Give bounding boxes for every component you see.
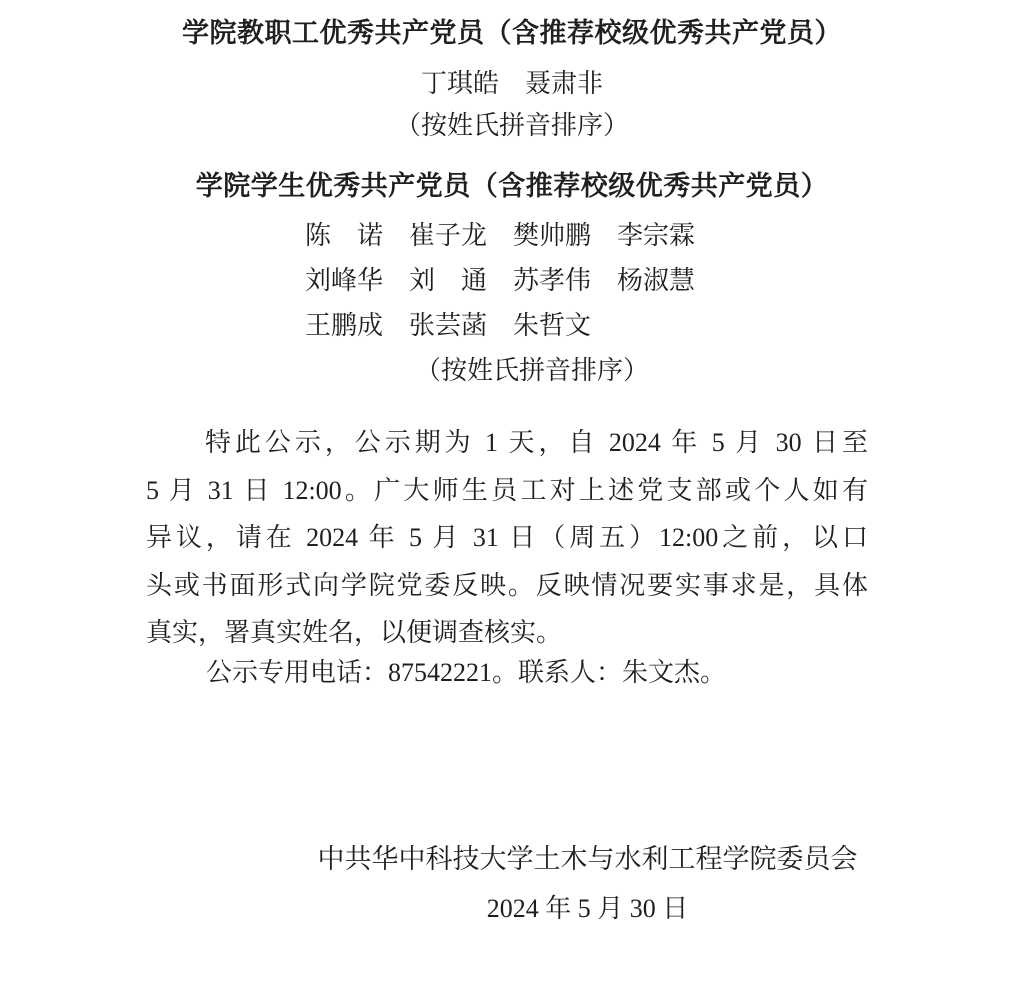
student-names-row-2: 刘峰华 刘 通 苏孝伟 杨淑慧 — [305, 263, 695, 299]
student-section-title: 学院学生优秀共产党员（含推荐校级优秀共产党员） — [0, 168, 1024, 204]
notice-document-page: 学院教职工优秀共产党员（含推荐校级优秀共产党员） 丁琪皓 聂肃非 （按姓氏拼音排… — [0, 0, 1024, 983]
student-names-row-1: 陈 诺 崔子龙 樊帅鹏 李宗霖 — [305, 218, 695, 254]
signature-date: 2024 年 5 月 30 日 — [315, 891, 860, 927]
faculty-names-line: 丁琪皓 聂肃非 — [0, 66, 1024, 102]
paragraph-line-1: 特此公示，公示期为 1 天，自 2024 年 5 月 30 日至 — [146, 419, 868, 467]
contact-line: 公示专用电话：87542221。联系人：朱文杰。 — [146, 655, 868, 691]
student-sort-note: （按姓氏拼音排序） — [20, 353, 1024, 389]
student-names-row-3: 王鹏成 张芸菡 朱哲文 — [305, 308, 591, 344]
faculty-section-title: 学院教职工优秀共产党员（含推荐校级优秀共产党员） — [0, 15, 1024, 51]
paragraph-line-2: 5 月 31 日 12:00。广大师生员工对上述党支部或个人如有 — [146, 467, 868, 515]
notice-paragraph: 特此公示，公示期为 1 天，自 2024 年 5 月 30 日至 5 月 31 … — [146, 419, 868, 657]
paragraph-line-4: 头或书面形式向学院党委反映。反映情况要实事求是，具体 — [146, 562, 868, 610]
faculty-sort-note: （按姓氏拼音排序） — [0, 108, 1024, 144]
paragraph-line-3: 异议，请在 2024 年 5 月 31 日（周五）12:00之前，以口 — [146, 514, 868, 562]
paragraph-line-5: 真实，署真实姓名，以便调查核实。 — [146, 609, 868, 657]
signature-organization: 中共华中科技大学土木与水利工程学院委员会 — [315, 841, 860, 877]
